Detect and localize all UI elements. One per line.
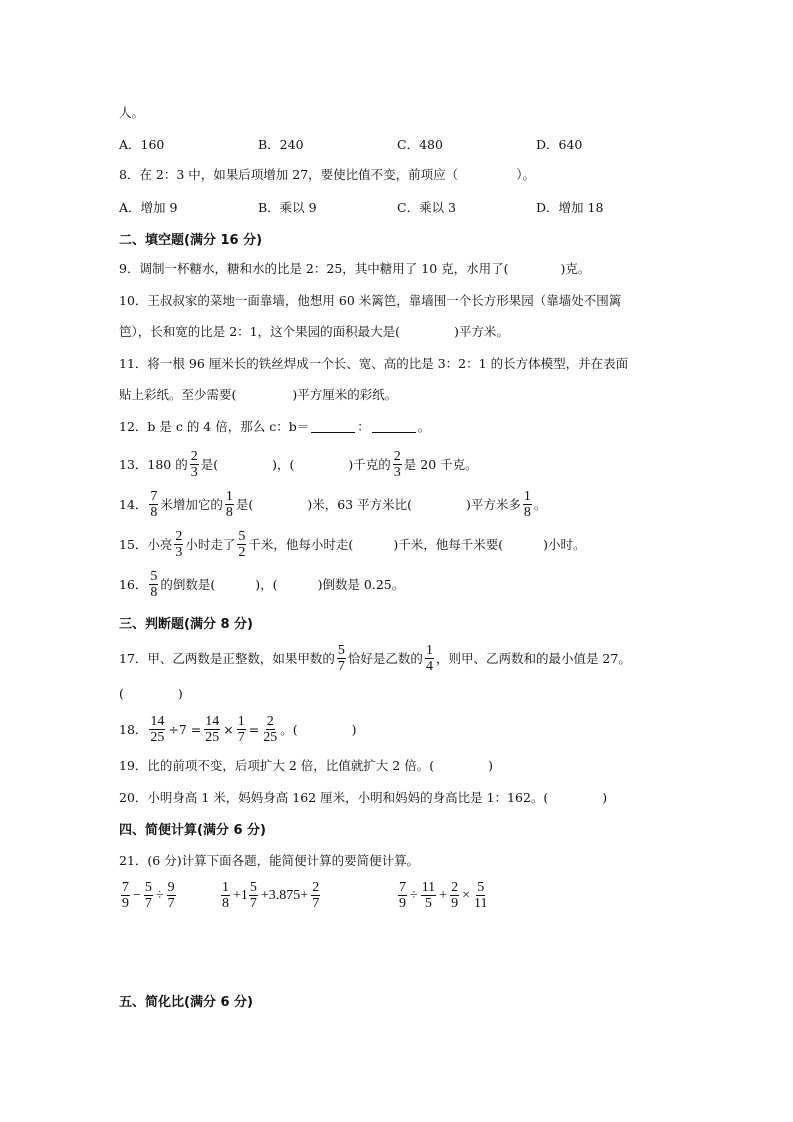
- q18-text-1: 18．: [119, 720, 147, 738]
- q12-blank-1[interactable]: [311, 420, 355, 433]
- q15-text-5: )小时。: [543, 535, 585, 553]
- divide-op: ÷: [410, 888, 418, 904]
- q14-text-3: 是(: [236, 495, 253, 513]
- q15-text-4: )千米，他每千米要(: [393, 535, 503, 553]
- section-3-title: 三、判断题(满分 8 分): [119, 610, 253, 634]
- q18-op-3: =: [249, 722, 259, 737]
- q21-expression-3: 79 ÷ 115 + 29 × 511: [396, 880, 490, 911]
- q9-text-end: )克。: [561, 259, 591, 277]
- q14-text-1: 14．: [119, 495, 147, 513]
- fraction-1-8: 18: [523, 489, 532, 520]
- question-16: 16． 58 的倒数是( )，( )倒数是 0.25。: [119, 567, 404, 601]
- q13-text-3: )，(: [272, 455, 294, 473]
- question-17: 17．甲、乙两数是正整数，如果甲数的 57 恰好是乙数的 14 ，则甲、乙两数和…: [119, 641, 631, 675]
- q18-op-1: ÷7 =: [168, 722, 201, 737]
- q15-text-2: 小时走了: [185, 535, 235, 553]
- q8-option-a[interactable]: A．增加 9: [119, 198, 177, 216]
- q14-text-2: 米增加它的: [160, 495, 223, 513]
- question-11-line2: 贴上彩纸。至少需要( )平方厘米的彩纸。: [119, 382, 397, 406]
- q11-text: 贴上彩纸。至少需要(: [119, 385, 236, 403]
- question-15: 15．小亮 23 小时走了 52 千米，他每小时走( )千米，他每千米要( )小…: [119, 527, 585, 561]
- q13-text-2: 是(: [201, 455, 218, 473]
- q15-text-3: 千米，他每小时走(: [248, 535, 353, 553]
- q7-option-d[interactable]: D．640: [536, 135, 582, 153]
- divide-op: ÷: [156, 888, 164, 904]
- q18-text-2: 。(: [280, 720, 297, 738]
- fraction-1-4: 14: [425, 643, 434, 674]
- q18-op-2: ×: [223, 722, 233, 737]
- fraction-5-8: 58: [149, 569, 158, 600]
- q15-text-1: 15．小亮: [119, 535, 172, 553]
- question-14: 14． 78 米增加它的 18 是( )米，63 平方米比( )平方米多 18 …: [119, 487, 546, 521]
- fraction-1-7: 17: [237, 714, 246, 745]
- multiply-op: ×: [462, 888, 470, 904]
- q21-expression-1: 79 − 57 ÷ 97: [119, 880, 178, 911]
- q13-text-5: 是 20 千克。: [404, 455, 478, 473]
- q17-judgement: ( ): [119, 681, 183, 705]
- question-12: 12．b 是 c 的 4 倍，那么 c：b＝ ： 。: [119, 414, 430, 438]
- question-19: 19．比的前项不变，后项扩大 2 倍，比值就扩大 2 倍。( ): [119, 753, 493, 777]
- question-11-line1: 11．将一根 96 厘米长的铁丝焊成一个长、宽、高的比是 3：2：1 的长方体模…: [119, 351, 628, 375]
- q9-text: 9．调制一杯糖水，糖和水的比是 2：25，其中糖用了 10 克，水用了(: [119, 259, 509, 277]
- plus-mixed-op: +1: [233, 888, 248, 904]
- q7-option-c[interactable]: C．480: [397, 135, 443, 153]
- section-5-title: 五、简化比(满分 6 分): [119, 988, 253, 1012]
- q11-text-end: )平方厘米的彩纸。: [292, 385, 397, 403]
- q17-paren-open: (: [119, 686, 124, 701]
- fraction-2-3: 23: [393, 449, 402, 480]
- q12-colon: ：: [357, 417, 370, 435]
- q8-option-b[interactable]: B．乘以 9: [258, 198, 317, 216]
- q14-text-5: )平方米多: [466, 495, 521, 513]
- q10-text-end: )平方米。: [454, 322, 509, 340]
- q14-text-4: )米，63 平方米比(: [307, 495, 412, 513]
- plus-decimal-op: +3.875+: [261, 888, 308, 904]
- q17-text-2: 恰好是乙数的: [348, 649, 423, 667]
- question-8: 8．在 2：3 中，如果后项增加 27，要使比值不变，前项应（ ）。: [119, 162, 535, 186]
- fraction-2-3: 23: [174, 529, 183, 560]
- q12-blank-2[interactable]: [372, 420, 416, 433]
- question-10-line1: 10．王叔叔家的菜地一面靠墙，他想用 60 米篱笆，靠墙围一个长方形果园（靠墙处…: [119, 288, 621, 312]
- q19-text: 19．比的前项不变，后项扩大 2 倍，比值就扩大 2 倍。(: [119, 756, 434, 774]
- q13-text-1: 13．180 的: [119, 455, 188, 473]
- q13-text-4: )千克的: [348, 455, 390, 473]
- q8-option-d[interactable]: D．增加 18: [536, 198, 603, 216]
- section-4-title: 四、简便计算(满分 6 分): [119, 816, 266, 840]
- section-2-title: 二、填空题(满分 16 分): [119, 226, 262, 250]
- fraction-1-8: 18: [225, 489, 234, 520]
- q7-option-b[interactable]: B．240: [258, 135, 304, 153]
- q20-text-end: ): [602, 790, 607, 805]
- q7-tail: 人。: [119, 100, 144, 124]
- fraction-2-3: 23: [190, 449, 199, 480]
- plus-op: +: [439, 888, 447, 904]
- q16-text-3: )，(: [255, 575, 277, 593]
- question-9: 9．调制一杯糖水，糖和水的比是 2：25，其中糖用了 10 克，水用了( )克。: [119, 256, 590, 280]
- q16-text-2: 的倒数是(: [160, 575, 215, 593]
- q18-text-3: ): [352, 722, 357, 737]
- minus-op: −: [133, 888, 141, 904]
- q19-text-end: ): [488, 758, 493, 773]
- question-21: 21．(6 分)计算下面各题，能简便计算的要简便计算。: [119, 848, 419, 872]
- q16-text-4: )倒数是 0.25。: [318, 575, 405, 593]
- question-10-line2: 笆），长和宽的比是 2：1，这个果园的面积最大是( )平方米。: [119, 319, 509, 343]
- q17-text-3: ，则甲、乙两数和的最小值是 27。: [436, 649, 631, 667]
- fraction-5-2: 52: [237, 529, 246, 560]
- q10-text: 笆），长和宽的比是 2：1，这个果园的面积最大是(: [119, 322, 400, 340]
- fraction-5-7: 57: [337, 643, 346, 674]
- q17-text-1: 17．甲、乙两数是正整数，如果甲数的: [119, 649, 335, 667]
- q8-text: 8．在 2：3 中，如果后项增加 27，要使比值不变，前项应（: [119, 165, 458, 183]
- question-18: 18． 1425 ÷7 = 1425 × 17 = 225 。( ): [119, 711, 357, 747]
- fraction-2-25: 225: [262, 714, 278, 745]
- q7-option-a[interactable]: A．160: [119, 135, 164, 153]
- q7-tail-text: 人。: [119, 103, 144, 121]
- q12-text-end: 。: [418, 417, 431, 435]
- q17-paren-close: ): [178, 686, 183, 701]
- fraction-7-8: 78: [149, 489, 158, 520]
- fraction-14-25: 1425: [149, 714, 165, 745]
- q8-text-end: ）。: [516, 165, 535, 183]
- q14-text-6: 。: [534, 495, 547, 513]
- q21-expression-2: 18 +1 57 +3.875+ 27: [219, 880, 322, 911]
- question-13: 13．180 的 23 是( )，( )千克的 23 是 20 千克。: [119, 448, 478, 480]
- question-20: 20．小明身高 1 米，妈妈身高 162 厘米，小明和妈妈的身高比是 1：162…: [119, 785, 607, 809]
- q12-text: 12．b 是 c 的 4 倍，那么 c：b＝: [119, 417, 309, 435]
- q8-option-c[interactable]: C．乘以 3: [397, 198, 456, 216]
- fraction-14-25: 1425: [204, 714, 220, 745]
- q20-text: 20．小明身高 1 米，妈妈身高 162 厘米，小明和妈妈的身高比是 1：162…: [119, 788, 548, 806]
- q16-text-1: 16．: [119, 575, 147, 593]
